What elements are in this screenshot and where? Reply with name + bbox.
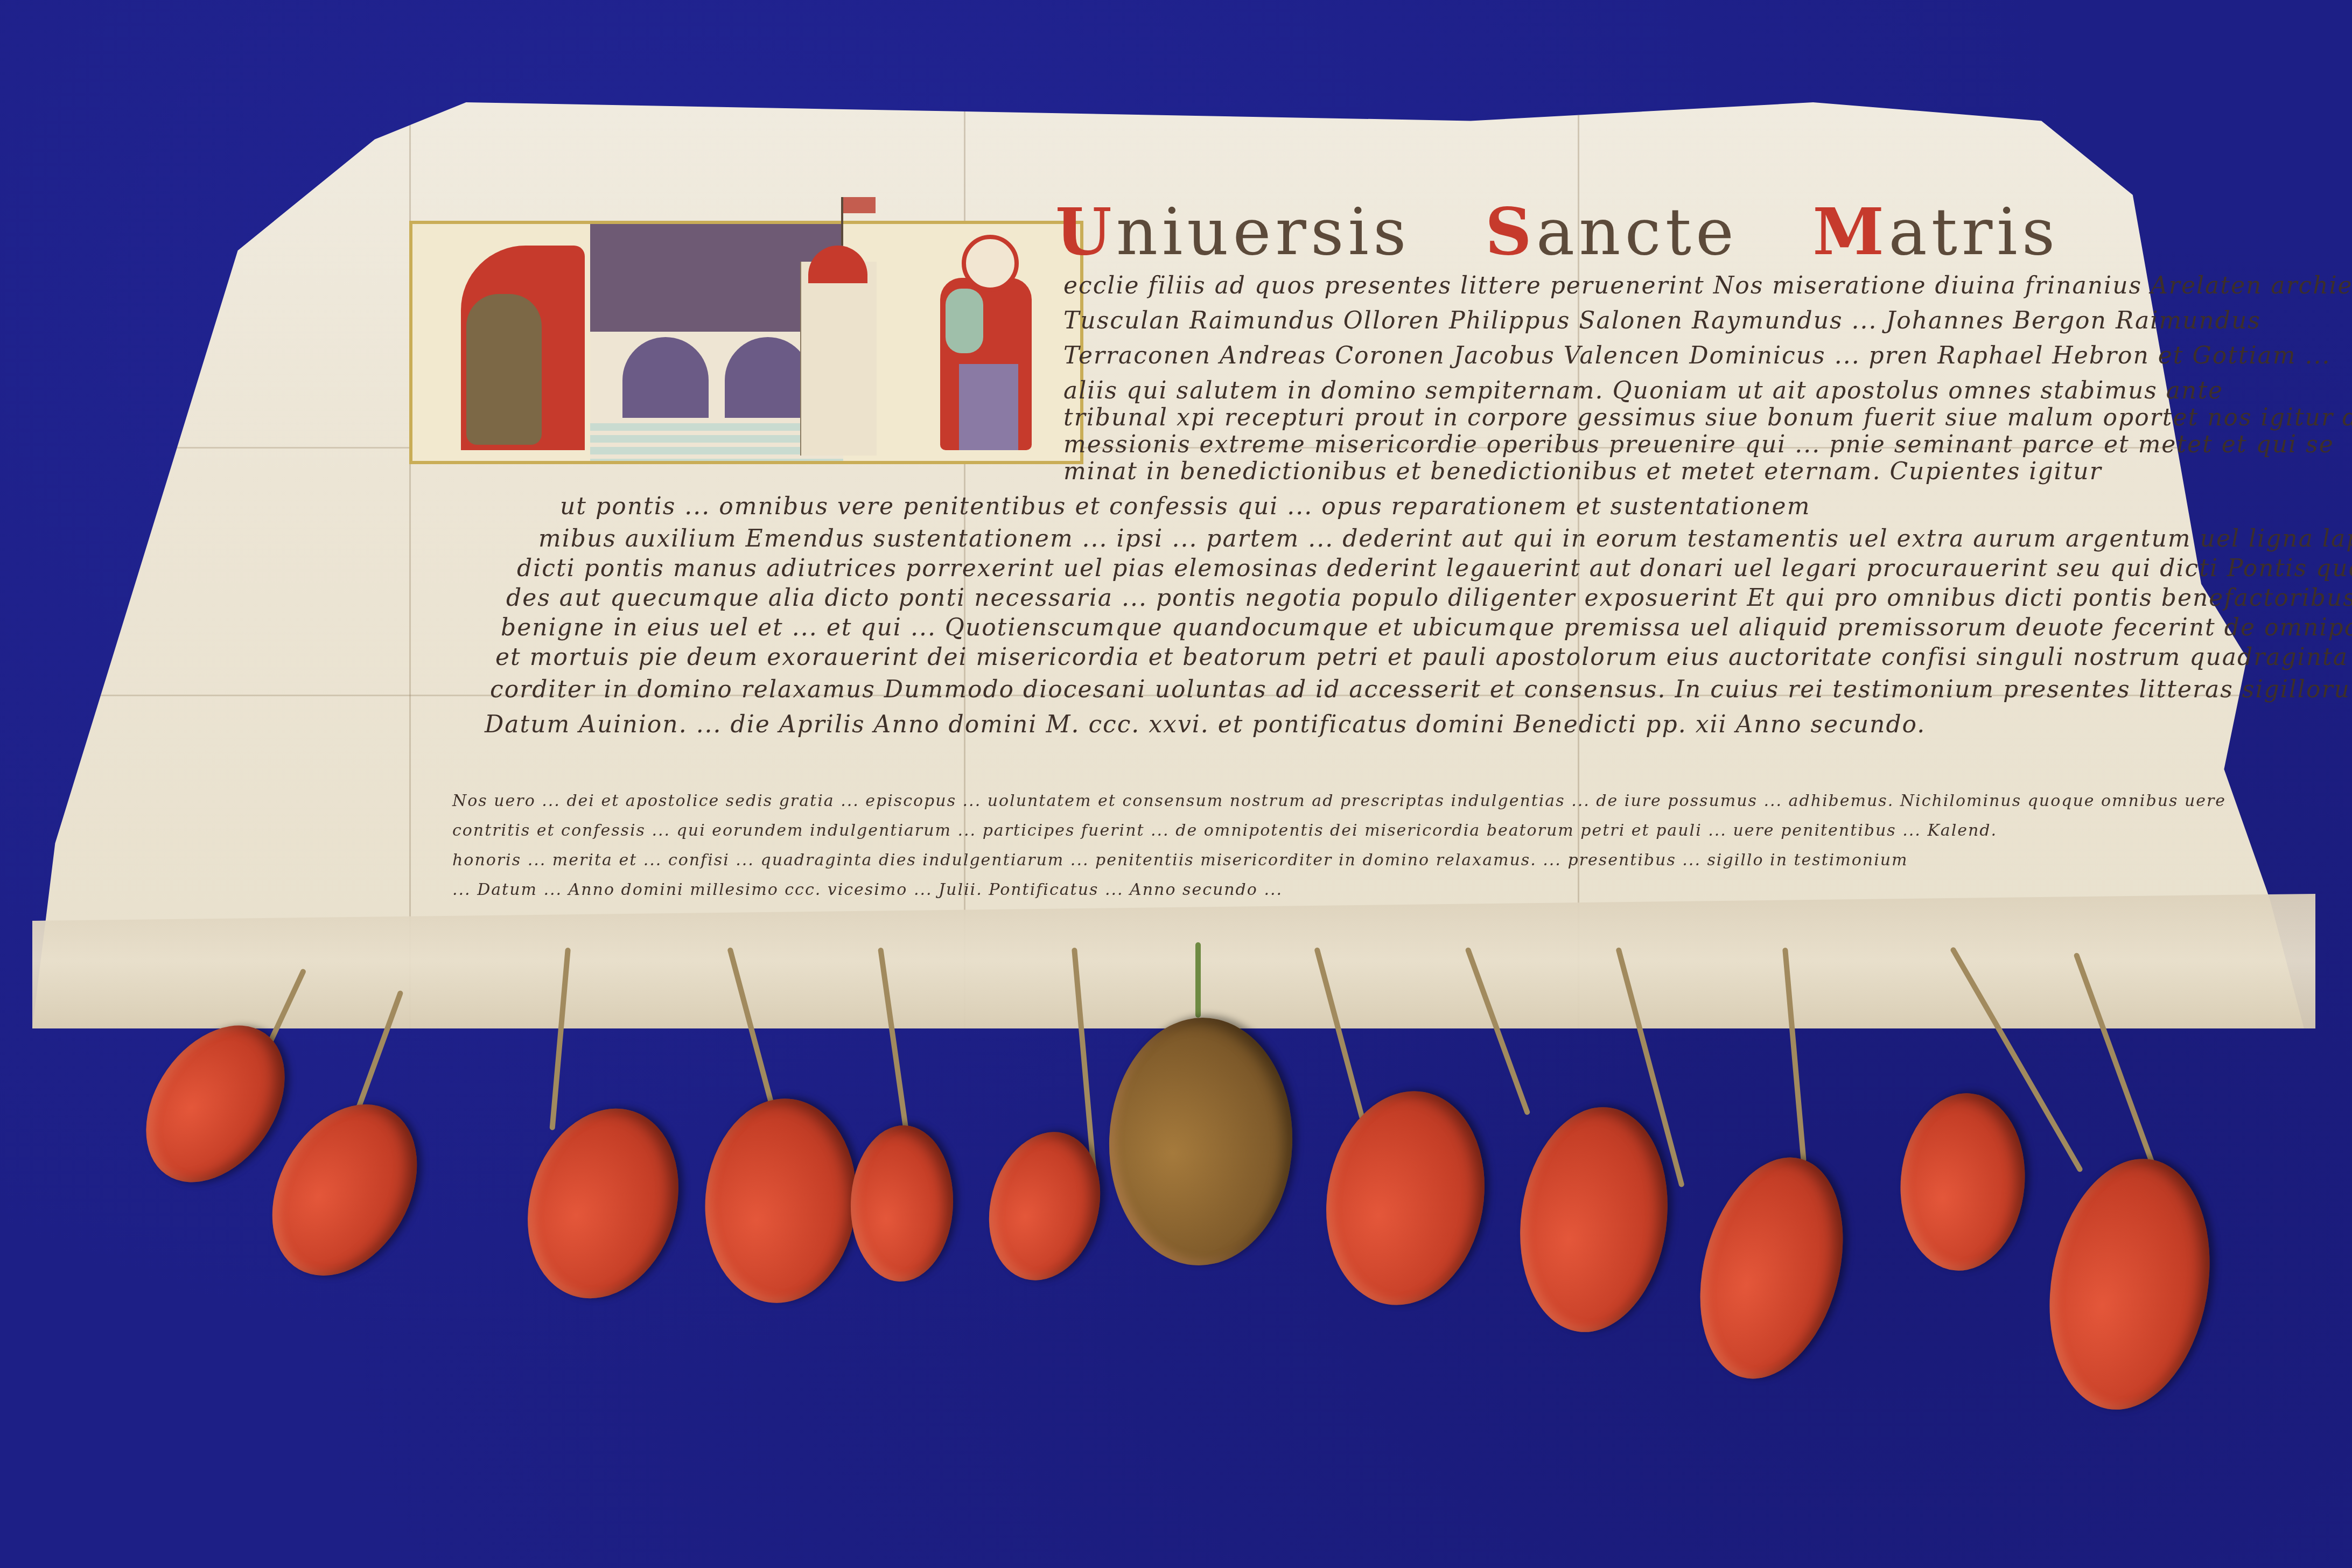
wax-seal	[1677, 1142, 1866, 1395]
text-line: corditer in domino relaxamus Dummodo dio…	[490, 676, 2352, 703]
text-line: Terraconen Andreas Coronen Jacobus Valen…	[1063, 342, 2330, 369]
text-line: messionis extreme misericordie operibus …	[1063, 431, 2334, 458]
text-line: aliis qui salutem in domino sempiternam.…	[1063, 377, 2223, 404]
confirmation-line: Nos uero ... dei et apostolice sedis gra…	[452, 792, 2226, 810]
text-line: benigne in eius uel et ... et qui ... Qu…	[501, 614, 2352, 641]
illuminated-miniature	[409, 221, 1083, 464]
wax-seal	[697, 1093, 865, 1310]
seal-cord-green	[1195, 942, 1201, 1018]
wax-seal	[1506, 1097, 1682, 1341]
heading-word: niuersis	[1116, 195, 1411, 270]
heading-word: atris	[1888, 195, 2059, 270]
kneeling-monk-figure	[466, 294, 542, 445]
heading-initial: U	[1055, 194, 1116, 270]
text-line: Datum Auinion. ... die Aprilis Anno domi…	[485, 711, 1926, 738]
text-line: minat in benedictionibus et benedictioni…	[1063, 458, 2102, 485]
confirmation-line: honoris ... merita et ... confisi ... qu…	[452, 851, 1908, 870]
wax-seal-brown	[1105, 1014, 1297, 1269]
bridge-arch	[622, 337, 709, 418]
text-line: des aut quecumque alia dicto ponti neces…	[506, 584, 2352, 612]
text-line: mibus auxilium Emendus sustentationem ..…	[538, 525, 2352, 552]
heading-initial: S	[1485, 194, 1536, 270]
text-line: tribunal xpi recepturi prout in corpore …	[1063, 404, 2352, 431]
tower	[800, 262, 877, 456]
christ-child	[946, 289, 983, 353]
confirmation-line: contritis et confessis ... qui eorundem …	[452, 821, 1997, 840]
virgin-underrobe	[959, 364, 1018, 450]
text-line: Tusculan Raimundus Olloren Philippus Sal…	[1063, 307, 2261, 334]
wax-seal	[2031, 1146, 2228, 1422]
text-line: et mortuis pie deum exorauerint dei mise…	[495, 643, 2352, 671]
flag-icon	[843, 197, 876, 213]
wax-seal	[848, 1124, 956, 1283]
wax-seal	[973, 1119, 1116, 1293]
text-line: dicti pontis manus adiutrices porrexerin…	[517, 555, 2352, 582]
heading-initial: M	[1812, 194, 1888, 270]
halo-icon	[962, 235, 1019, 292]
text-line: ut pontis ... omnibus vere penitentibus …	[560, 493, 1810, 520]
wax-seal	[1310, 1079, 1501, 1318]
virgin-and-child-figure	[929, 235, 1037, 450]
wax-seal	[1893, 1088, 2032, 1276]
document-heading: Uniuersis Sancte Matris	[1055, 194, 2059, 270]
confirmation-line: ... Datum ... Anno domini millesimo ccc.…	[452, 880, 1283, 899]
text-line: ecclie filiis ad quos presentes littere …	[1063, 272, 2352, 299]
wax-seal	[504, 1089, 702, 1318]
heading-word: ancte	[1536, 195, 1738, 270]
bridge-arch	[725, 337, 811, 418]
